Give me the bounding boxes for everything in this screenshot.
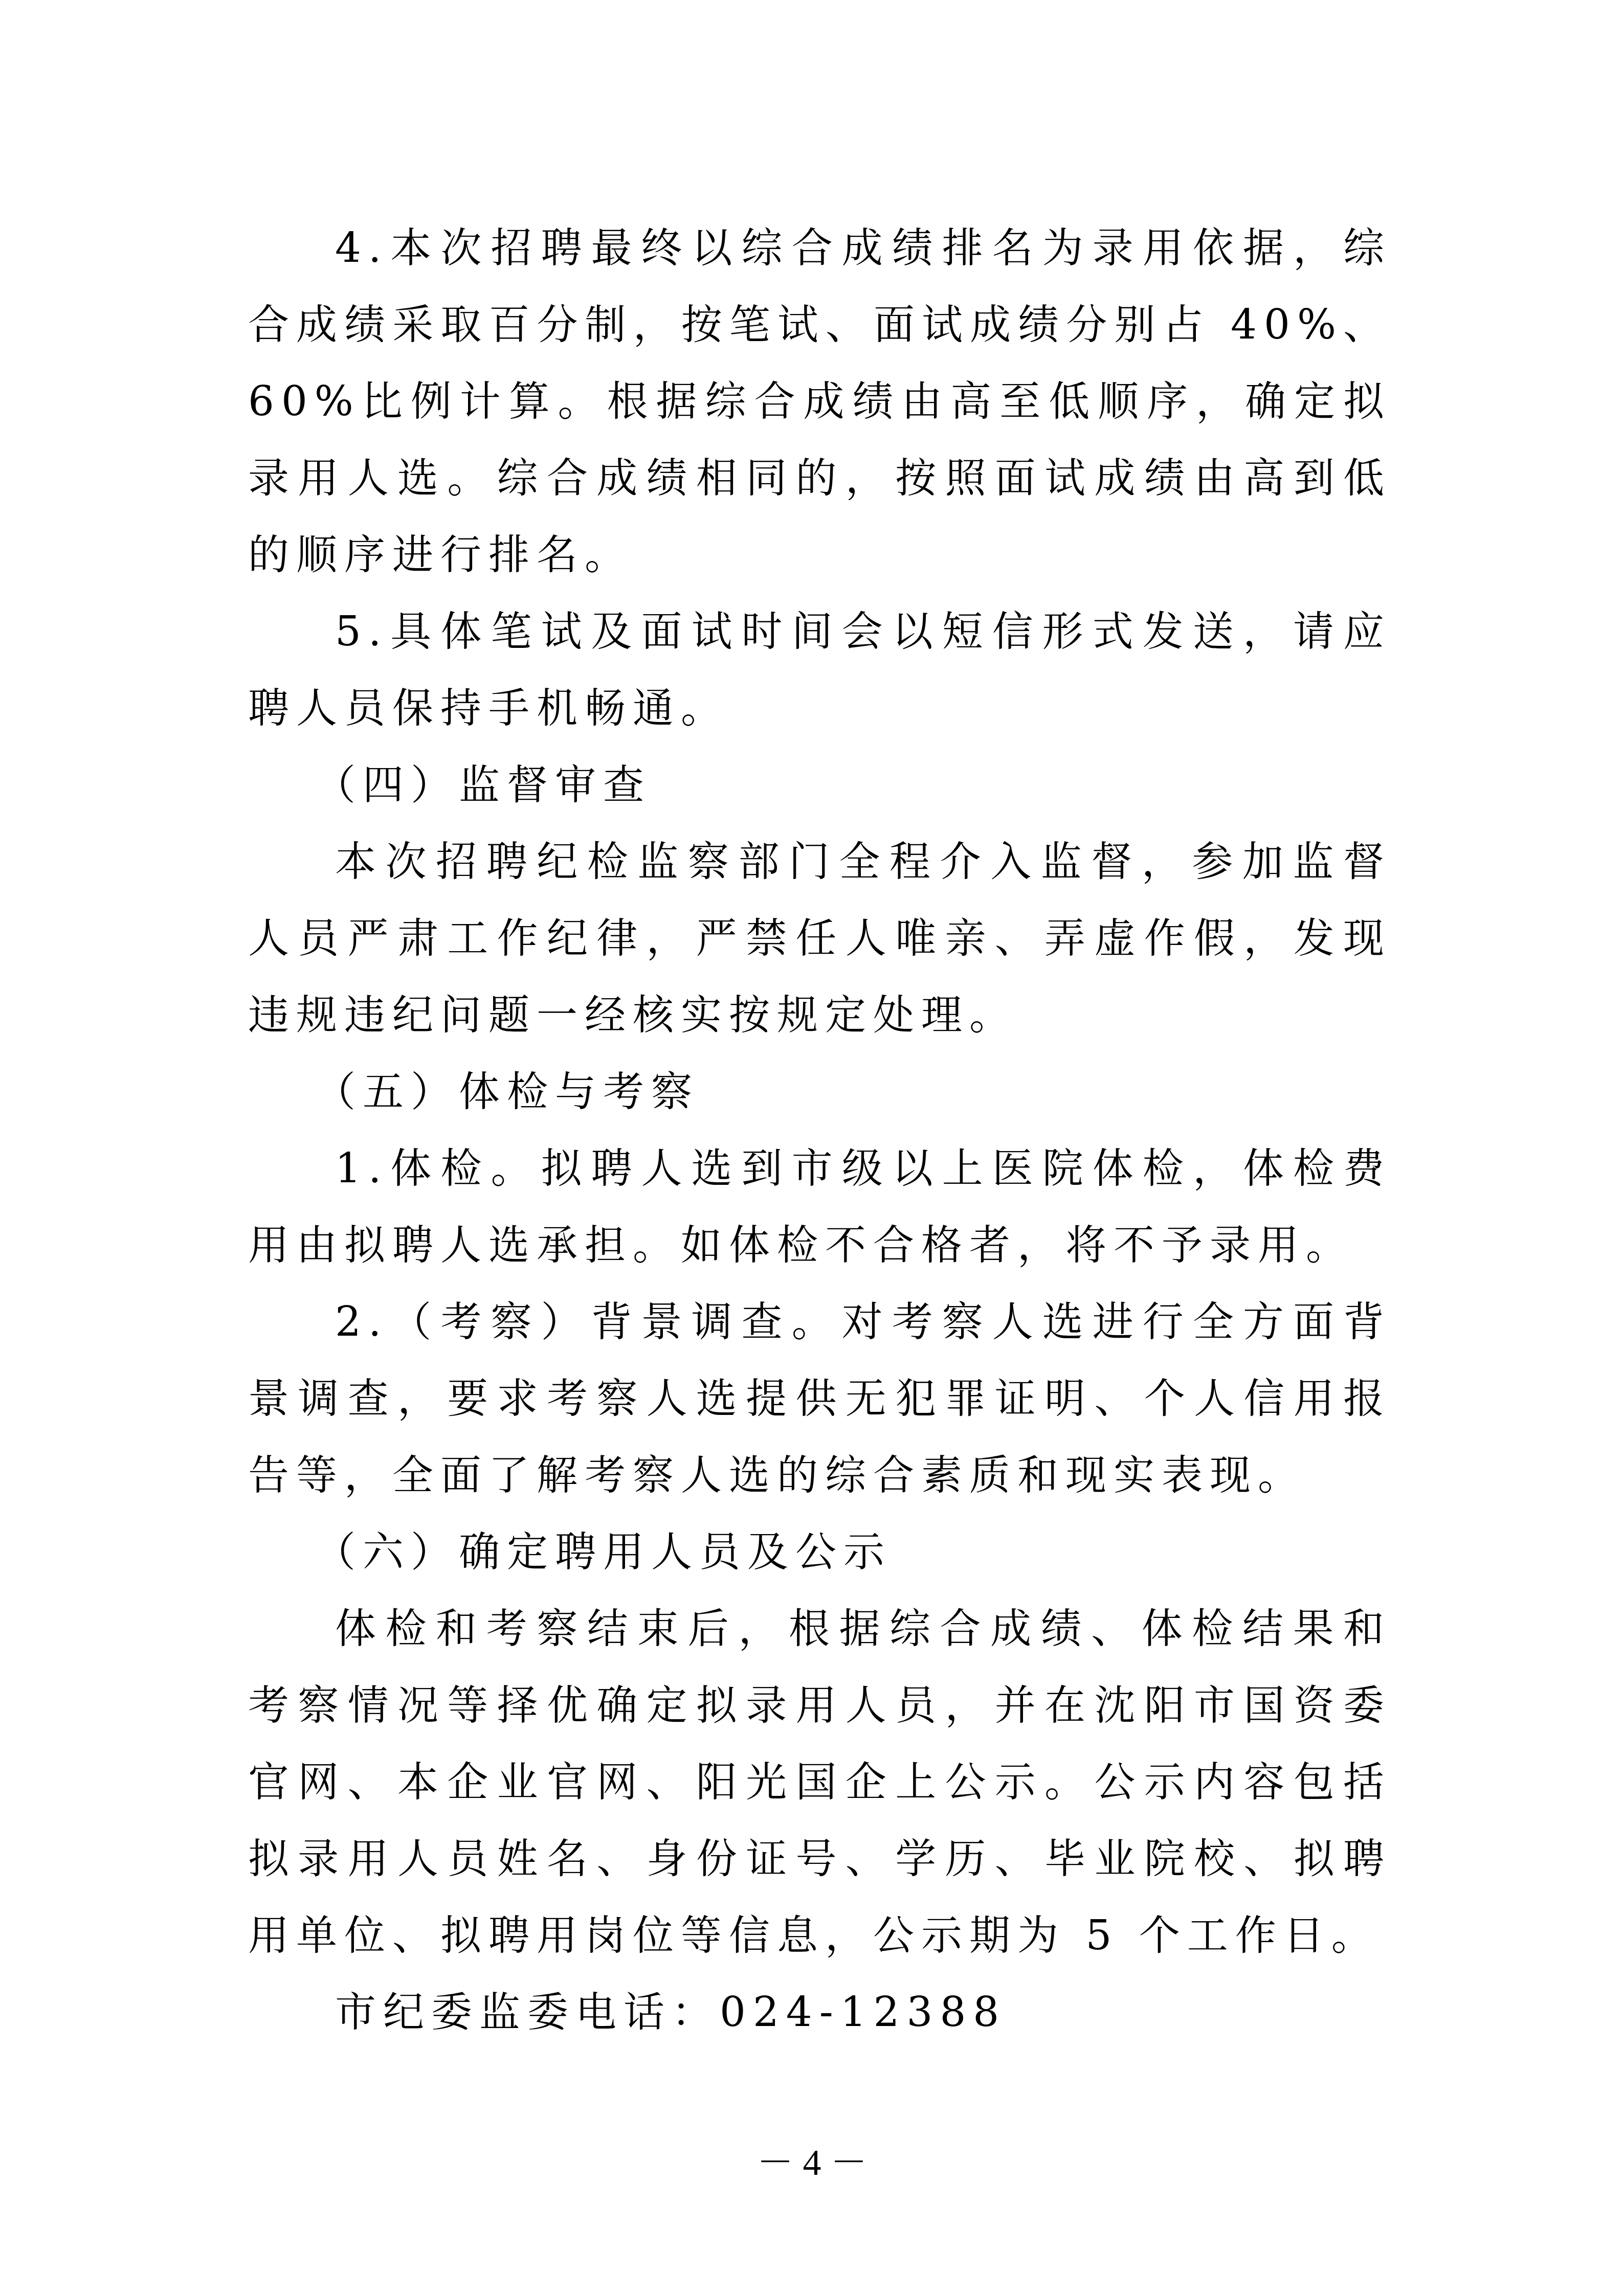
contact-phone: 市纪委监委电话：024-12388 [248,1974,1391,2051]
paragraph-supervision: 本次招聘纪检监察部门全程介入监督，参加监督人员严肃工作纪律，严禁任人唯亲、弄虚作… [248,823,1391,1053]
section-heading-publicity: （六）确定聘用人员及公示 [248,1514,1391,1590]
page-number: － 4 － [0,2132,1624,2186]
paragraph-medical-exam: 1.体检。拟聘人选到市级以上医院体检，体检费用由拟聘人选承担。如体检不合格者，将… [248,1130,1391,1284]
section-heading-supervision: （四）监督审查 [248,747,1391,823]
paragraph-ranking-basis: 4.本次招聘最终以综合成绩排名为录用依据，综合成绩采取百分制，按笔试、面试成绩分… [248,210,1391,593]
paragraph-publicity: 体检和考察结束后，根据综合成绩、体检结果和考察情况等择优确定拟录用人员，并在沈阳… [248,1590,1391,1974]
paragraph-background-check: 2.（考察）背景调查。对考察人选进行全方面背景调查，要求考察人选提供无犯罪证明、… [248,1284,1391,1514]
section-heading-medical-check: （五）体检与考察 [248,1053,1391,1130]
document-page: 4.本次招聘最终以综合成绩排名为录用依据，综合成绩采取百分制，按笔试、面试成绩分… [248,210,1391,2051]
paragraph-exam-notification: 5.具体笔试及面试时间会以短信形式发送，请应聘人员保持手机畅通。 [248,593,1391,747]
